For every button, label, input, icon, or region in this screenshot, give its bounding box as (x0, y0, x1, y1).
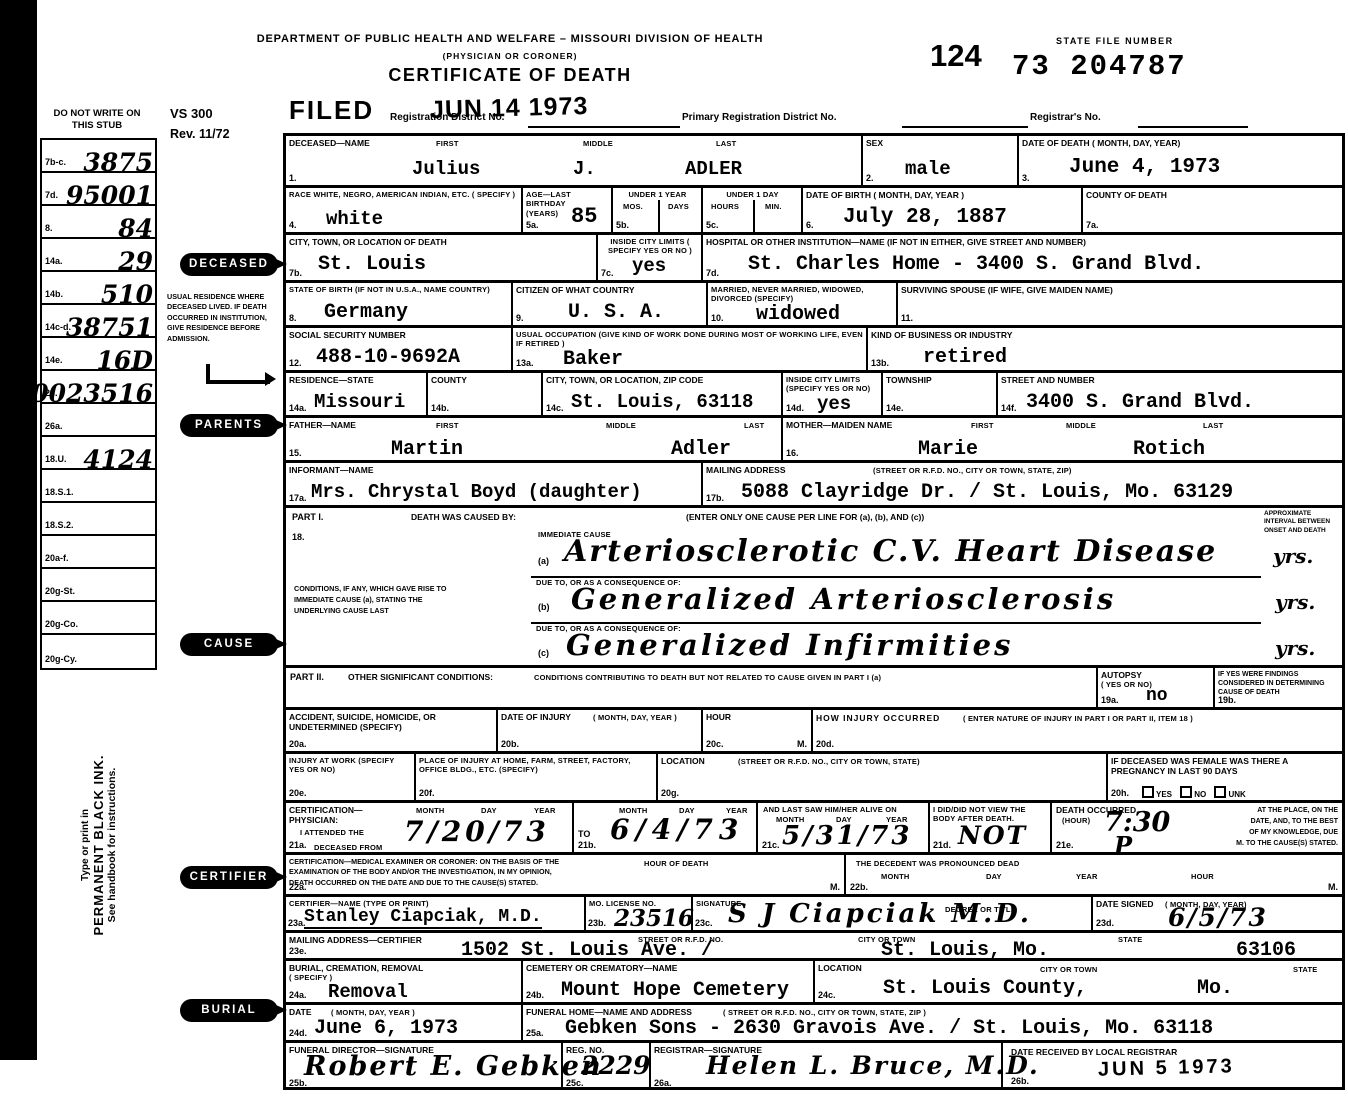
field-injury-location: LOCATION (STREET OR R.F.D. NO., CITY OR … (658, 754, 1108, 800)
item-7c: 7c. (601, 268, 614, 278)
deceased-last-value: ADLER (685, 158, 742, 180)
stub-value: 510 (101, 282, 153, 307)
form-code: VS 300 (170, 106, 213, 121)
cause-line-a-label: (a) (538, 556, 549, 566)
item-24b: 24b. (526, 990, 544, 1000)
stub-value: 0023516 (31, 381, 153, 406)
field-citizen: CITIZEN OF WHAT COUNTRY 9. U. S. A. (513, 283, 708, 325)
under-1-day-label: UNDER 1 DAY (706, 190, 799, 199)
stub-label: 14a. (45, 256, 63, 266)
field-death-hour: DEATH OCCURRED (HOUR) 21e. 7:30 P AT THE… (1052, 803, 1342, 852)
age-value: 85 (571, 204, 597, 229)
date-of-injury-sub: ( MONTH, DAY, YEAR ) (593, 713, 677, 722)
item-26b: 26b. (1011, 1076, 1029, 1086)
business-label: KIND OF BUSINESS OR INDUSTRY (871, 330, 1340, 340)
field-residence-state: RESIDENCE—STATE 14a. Missouri (286, 373, 428, 415)
item-11: 11. (901, 313, 913, 323)
death-place-note-3: OF MY KNOWLEDGE, DUE (1249, 829, 1338, 836)
item-21a: 21a. (289, 840, 307, 850)
item-19b: 19b. (1218, 695, 1236, 705)
conditions-note: CONDITIONS, IF ANY, WHICH GAVE RISE TO I… (294, 584, 452, 616)
certifier-city-value: St. Louis, Mo. (881, 939, 1049, 962)
residence-city-limits-label: INSIDE CITY LIMITS (SPECIFY YES OR NO) (786, 375, 879, 394)
pronounced-m: M. (1328, 882, 1338, 892)
residence-state-label: RESIDENCE—STATE (289, 375, 424, 385)
item-20d: 20d. (816, 739, 834, 749)
interval-c-value: yrs. (1275, 636, 1315, 660)
cemetery-state-sub: STATE (1293, 965, 1317, 974)
stub-label: 7b-c. (45, 157, 66, 167)
cause-line-b-label: (b) (538, 602, 550, 612)
license-value: 23516 (614, 905, 694, 932)
citizen-value: U. S. A. (568, 301, 664, 324)
item-15: 15. (289, 448, 302, 458)
row-injury-details: INJURY AT WORK (SPECIFY YES OR NO) 20e. … (286, 754, 1342, 803)
burial-date-sub: ( MONTH, DAY, YEAR ) (331, 1008, 415, 1017)
item-17a: 17a. (289, 493, 307, 503)
death-place-note-4: M. TO THE CAUSE(S) STATED. (1236, 840, 1338, 847)
death-place-note-2: DATE, AND, TO THE BEST (1251, 818, 1338, 825)
injury-at-work-label: INJURY AT WORK (SPECIFY YES OR NO) (289, 756, 412, 775)
sex-value: male (905, 158, 951, 180)
item-22b: 22b. (850, 882, 868, 892)
field-pregnancy: IF DECEASED WAS FEMALE WAS THERE A PREGN… (1108, 754, 1342, 800)
one-cause-note: (ENTER ONLY ONE CAUSE PER LINE FOR (a), … (686, 512, 924, 522)
field-date-of-death: DATE OF DEATH ( MONTH, DAY, YEAR) 3. Jun… (1019, 136, 1342, 185)
checkbox-unk (1214, 786, 1226, 798)
field-under-1-year: UNDER 1 YEAR MOS. DAYS 5b. (613, 188, 703, 232)
row-ssn-occupation: SOCIAL SECURITY NUMBER 12. 488-10-9692A … (286, 328, 1342, 373)
certifier-signature-value: S J Ciapciak M.D. (728, 899, 1032, 929)
item-20h: 20h. (1111, 788, 1129, 798)
item-23e: 23e. (289, 946, 307, 956)
hour-of-death-label: HOUR OF DEATH (644, 859, 709, 868)
burial-type-sub: ( SPECIFY ) (289, 973, 332, 982)
min-label: MIN. (765, 202, 782, 211)
stub-label: 14e. (45, 355, 63, 365)
item-24a: 24a. (289, 990, 307, 1000)
item-5a: 5a. (526, 220, 539, 230)
row-birth-citizen-marital: STATE OF BIRTH (IF NOT IN U.S.A., NAME C… (286, 283, 1342, 328)
residence-city-label: CITY, TOWN, OR LOCATION, ZIP CODE (546, 375, 779, 385)
field-ssn: SOCIAL SECURITY NUMBER 12. 488-10-9692A (286, 328, 513, 370)
autopsy-label: AUTOPSY (1101, 670, 1142, 680)
filed-stamp-word: FILED (289, 95, 374, 126)
field-other-conditions: PART II. OTHER SIGNIFICANT CONDITIONS: C… (286, 668, 1098, 707)
item-13b: 13b. (871, 358, 889, 368)
date-signed-value: 6/5/73 (1168, 903, 1268, 932)
field-place-of-injury: PLACE OF INJURY AT HOME, FARM, STREET, F… (416, 754, 658, 800)
burial-date-label: DATE (289, 1007, 312, 1017)
row-deceased-name: DECEASED—NAME FIRST MIDDLE LAST 1. Juliu… (286, 136, 1342, 188)
cause-a-value: Arteriosclerotic C.V. Heart Disease (564, 534, 1217, 569)
state-of-birth-value: Germany (324, 301, 408, 324)
field-informant-address: MAILING ADDRESS (STREET OR R.F.D. NO., C… (703, 463, 1342, 505)
stub-row: 26a. (42, 404, 155, 437)
item-4: 4. (289, 220, 297, 230)
informant-value: Mrs. Chrystal Boyd (daughter) (311, 481, 642, 503)
item-14d: 14d. (786, 403, 804, 413)
field-inside-city-limits: INSIDE CITY LIMITS ( SPECIFY YES OR NO )… (598, 235, 703, 280)
stub-row: 14c-d.38751 (42, 305, 155, 338)
item-23d: 23d. (1096, 918, 1114, 928)
county-of-death-label: COUNTY OF DEATH (1086, 190, 1340, 200)
stub-heading: DO NOT WRITE ON THIS STUB (42, 108, 152, 133)
residence-city-value: St. Louis, 63118 (571, 391, 753, 413)
attended-to-value: 6/4/73 (610, 813, 744, 846)
field-residence-city: CITY, TOWN, OR LOCATION, ZIP CODE 14c. S… (543, 373, 783, 415)
to-label: TO (578, 829, 590, 839)
under-1-day-divider (753, 200, 755, 232)
stub-value: 38751 (66, 315, 153, 340)
field-examiner-certification: CERTIFICATION—MEDICAL EXAMINER OR CORONE… (286, 855, 846, 894)
field-deceased-name: DECEASED—NAME FIRST MIDDLE LAST 1. Juliu… (286, 136, 863, 185)
item-16: 16. (786, 448, 799, 458)
cemetery-value: Mount Hope Cemetery (561, 979, 789, 1002)
item-9: 9. (516, 313, 524, 323)
field-license-no: MO. LICENSE NO. 23b. 23516 (586, 897, 693, 930)
primary-district-line (902, 102, 1028, 128)
cemetery-state-value: Mo. (1197, 977, 1233, 1000)
ink-instructions: Type or print in PERMANENT BLACK INK. Se… (80, 715, 140, 975)
last-saw-label: AND LAST SAW HIM/HER ALIVE ON (763, 805, 897, 814)
marital-label: MARRIED, NEVER MARRIED, WIDOWED, DIVORCE… (711, 285, 894, 304)
sub-year: YEAR (534, 806, 556, 815)
item-8: 8. (289, 313, 297, 323)
reg-no-value: 2229 (581, 1051, 651, 1080)
field-cemetery: CEMETERY OR CREMATORY—NAME 24b. Mount Ho… (523, 961, 815, 1002)
other-conditions-sub: CONDITIONS CONTRIBUTING TO DEATH BUT NOT… (534, 673, 1084, 682)
item-14b: 14b. (431, 403, 449, 413)
field-burial-type: BURIAL, CREMATION, REMOVAL ( SPECIFY ) 2… (286, 961, 523, 1002)
item-24c: 24c. (818, 990, 836, 1000)
autopsy-value: no (1146, 686, 1168, 706)
state-file-number: 73 204787 (1012, 50, 1187, 83)
cemetery-label: CEMETERY OR CREMATORY—NAME (526, 963, 811, 973)
item-2: 2. (866, 173, 874, 183)
street-number-label: STREET AND NUMBER (1001, 375, 1340, 385)
item-21c: 21c. (762, 840, 780, 850)
date-signed-label: DATE SIGNED (1096, 899, 1153, 909)
ssn-label: SOCIAL SECURITY NUMBER (289, 330, 509, 340)
checkbox-yes (1142, 786, 1154, 798)
stub-label: 18.S.1. (45, 487, 74, 497)
examiner-text-1: CERTIFICATION—MEDICAL EXAMINER OR CORONE… (289, 857, 559, 866)
item-12: 12. (289, 358, 302, 368)
field-occupation: USUAL OCCUPATION (GIVE KIND OF WORK DONE… (513, 328, 868, 370)
informant-address-sub: (STREET OR R.F.D. NO., CITY OR TOWN, STA… (873, 466, 1072, 475)
stub-label: 20g-Co. (45, 619, 78, 629)
sub-middle: MIDDLE (1066, 421, 1096, 430)
cemetery-city-sub: CITY OR TOWN (1040, 965, 1098, 974)
stub-label: 18.S.2. (45, 520, 74, 530)
residence-city-limits-value: yes (817, 393, 851, 415)
item-14a: 14a. (289, 403, 307, 413)
item-5b: 5b. (616, 220, 629, 230)
stub-value: 29 (118, 249, 153, 274)
item-23a: 23a. (288, 918, 306, 928)
residence-county-label: COUNTY (431, 375, 539, 385)
part2-label: PART II. (290, 672, 324, 682)
section-part2: PART II. OTHER SIGNIFICANT CONDITIONS: C… (286, 668, 1342, 710)
race-value: white (326, 208, 383, 230)
date-of-death-value: June 4, 1973 (1069, 156, 1220, 179)
date-of-death-label: DATE OF DEATH ( MONTH, DAY, YEAR) (1022, 138, 1340, 148)
injury-hour-label: HOUR (706, 712, 809, 722)
stub-label: 7d. (45, 190, 58, 200)
stub-row: 18.S.1. (42, 470, 155, 503)
field-certifier-name: CERTIFIER—NAME (TYPE OR PRINT) 23a. Stan… (286, 897, 586, 930)
row-race-age-dob: RACE WHITE, NEGRO, AMERICAN INDIAN, ETC.… (286, 188, 1342, 235)
death-certificate-scan: DO NOT WRITE ON THIS STUB 7b-c.3875 7d.9… (0, 0, 1348, 1096)
examiner-m: M. (830, 882, 840, 892)
state-of-birth-label: STATE OF BIRTH (IF NOT IN U.S.A., NAME C… (289, 285, 509, 294)
citizen-label: CITIZEN OF WHAT COUNTRY (516, 285, 704, 295)
item-21e: 21e. (1056, 840, 1074, 850)
field-mother-name: MOTHER—MAIDEN NAME FIRST MIDDLE LAST 16.… (783, 418, 1342, 460)
field-marital-status: MARRIED, NEVER MARRIED, WIDOWED, DIVORCE… (708, 283, 898, 325)
field-how-injury: HOW INJURY OCCURRED ( ENTER NATURE OF IN… (813, 710, 1342, 751)
sub-first: FIRST (436, 421, 459, 430)
item-10: 10. (711, 313, 724, 323)
under-1-year-label: UNDER 1 YEAR (616, 190, 699, 199)
cause-b-value: Generalized Arteriosclerosis (571, 582, 1116, 616)
item-18: 18. (292, 532, 305, 542)
item-20b: 20b. (501, 739, 519, 749)
no-label: NO (1194, 790, 1206, 799)
sub-year: YEAR (1076, 872, 1098, 881)
deceased-middle-value: J. (573, 158, 596, 180)
field-autopsy-findings: IF YES WERE FINDINGS CONSIDERED IN DETER… (1215, 668, 1342, 707)
residence-state-value: Missouri (314, 391, 405, 413)
left-black-band (0, 0, 37, 1060)
field-autopsy: AUTOPSY ( YES OR NO) 19a. no (1098, 668, 1215, 707)
occupation-value: Baker (563, 348, 623, 371)
funeral-home-label: FUNERAL HOME—NAME AND ADDRESS (526, 1007, 692, 1017)
days-label: DAYS (668, 202, 689, 211)
mos-label: MOS. (623, 202, 643, 211)
deceased-first-value: Julius (412, 158, 480, 180)
sub-last: LAST (744, 421, 764, 430)
form-revision: Rev. 11/72 (170, 127, 230, 141)
under-1-year-divider (658, 200, 660, 232)
date-of-injury-label: DATE OF INJURY (501, 712, 571, 722)
deceased-name-label: DECEASED—NAME (289, 138, 370, 148)
row-informant: INFORMANT—NAME 17a. Mrs. Chrystal Boyd (… (286, 463, 1342, 508)
hospital-value: St. Charles Home - 3400 S. Grand Blvd. (748, 253, 1204, 276)
stub-row: 7b-c.3875 (42, 140, 155, 173)
injury-location-sub: (STREET OR R.F.D. NO., CITY OR TOWN, STA… (738, 757, 920, 766)
mother-last-value: Rotich (1133, 438, 1205, 461)
father-last-value: Adler (671, 438, 731, 461)
item-7b: 7b. (289, 268, 302, 278)
item-26a: 26a. (654, 1078, 672, 1088)
stub-row: 23.0023516 (42, 371, 155, 404)
cemetery-location-label: LOCATION (818, 963, 862, 973)
item-14e: 14e. (886, 403, 904, 413)
cause-c-value: Generalized Infirmities (566, 628, 1013, 662)
part1-label: PART I. (292, 512, 323, 522)
burial-date-value: June 6, 1973 (314, 1017, 458, 1040)
registrar-signature: Helen L. Bruce, M.D. (706, 1051, 1040, 1080)
certification-label-2: PHYSICIAN: (289, 815, 338, 825)
pregnancy-options: YES NO UNK (1136, 786, 1246, 799)
field-attended-to: TO 21b. MONTH DAY YEAR 6/4/73 (574, 803, 758, 852)
sub-first: FIRST (436, 139, 459, 148)
field-date-signed: DATE SIGNED ( MONTH, DAY, YEAR) 23d. 6/5… (1093, 897, 1342, 930)
stub-row: 7d.95001 (42, 173, 155, 206)
field-under-1-day: UNDER 1 DAY HOURS MIN. 5c. (703, 188, 803, 232)
examiner-text-2: EXAMINATION OF THE BODY AND/OR THE INVES… (289, 867, 552, 876)
caused-by-label: DEATH WAS CAUSED BY: (411, 512, 516, 522)
row-accident: ACCIDENT, SUICIDE, HOMICIDE, OR UNDETERM… (286, 710, 1342, 754)
item-1: 1. (289, 173, 297, 183)
death-place-note: AT THE PLACE, ON THE DATE, AND, TO THE B… (1160, 806, 1338, 849)
item-20c: 20c. (706, 739, 724, 749)
field-county-of-death: COUNTY OF DEATH 7a. (1083, 188, 1342, 232)
stub-label: 26a. (45, 421, 63, 431)
hours-label: HOURS (711, 202, 739, 211)
accident-label: ACCIDENT, SUICIDE, HOMICIDE, OR UNDETERM… (289, 712, 494, 732)
death-place-note-1: AT THE PLACE, ON THE (1257, 807, 1338, 814)
department-line: DEPARTMENT OF PUBLIC HEALTH AND WELFARE … (180, 33, 840, 45)
certifier-street-value: 1502 St. Louis Ave. / (461, 939, 713, 962)
certifier-zip-value: 63106 (1236, 939, 1296, 962)
sub-day: DAY (986, 872, 1002, 881)
stub-row: 18.S.2. (42, 503, 155, 536)
pronounced-label: THE DECEDENT WAS PRONOUNCED DEAD (856, 859, 1020, 868)
item-20f: 20f. (419, 788, 435, 798)
stub-row: 20g-Co. (42, 602, 155, 635)
deceased-from-label: DECEASED FROM (314, 843, 382, 852)
field-injury-hour: HOUR 20c. M. (703, 710, 813, 751)
tab-burial: BURIAL (180, 999, 278, 1022)
item-22a: 22a. (289, 882, 307, 892)
field-city-of-death: CITY, TOWN, OR LOCATION OF DEATH 7b. St.… (286, 235, 598, 280)
interval-label: APPROXIMATE INTERVAL BETWEEN ONSET AND D… (1264, 510, 1340, 535)
marital-value: widowed (756, 303, 840, 326)
section-part1-cause: APPROXIMATE INTERVAL BETWEEN ONSET AND D… (286, 508, 1342, 668)
other-conditions-label: OTHER SIGNIFICANT CONDITIONS: (348, 672, 493, 682)
item-20a: 20a. (289, 739, 307, 749)
item-14f: 14f. (1001, 403, 1017, 413)
field-residence-county: COUNTY 14b. (428, 373, 543, 415)
field-street-number: STREET AND NUMBER 14f. 3400 S. Grand Blv… (998, 373, 1342, 415)
date-received-stamp: JUN 5 1973 (1098, 1055, 1235, 1082)
ink-note-line1: Type or print in (80, 715, 91, 975)
findings-label: IF YES WERE FINDINGS CONSIDERED IN DETER… (1218, 670, 1340, 697)
sub-middle: MIDDLE (606, 421, 636, 430)
field-age: AGE—LAST BIRTHDAY (YEARS) 5a. 85 (523, 188, 613, 232)
item-23b: 23b. (588, 918, 606, 928)
item-7a: 7a. (1086, 220, 1099, 230)
registrars-no-label: Registrar's No. (1030, 112, 1101, 123)
field-last-saw-alive: AND LAST SAW HIM/HER ALIVE ON MONTH DAY … (758, 803, 930, 852)
stub-value: 84 (118, 216, 153, 241)
row-parents: FATHER—NAME FIRST MIDDLE LAST 15. Martin… (286, 418, 1342, 463)
funeral-home-value: Gebken Sons - 2630 Gravois Ave. / St. Lo… (565, 1017, 1213, 1040)
tab-deceased: DECEASED (180, 253, 278, 276)
ssn-value: 488-10-9692A (316, 346, 460, 369)
field-registrar-signature: REGISTRAR—SIGNATURE 26a. Helen L. Bruce,… (651, 1043, 1003, 1090)
stub-row: 20a-f. (42, 536, 155, 569)
interval-a-value: yrs. (1273, 544, 1313, 568)
sub-last: LAST (1203, 421, 1223, 430)
field-business: KIND OF BUSINESS OR INDUSTRY 13b. retire… (868, 328, 1342, 370)
stub-label: 18.U. (45, 454, 67, 464)
field-sex: SEX 2. male (863, 136, 1019, 185)
stub-row: 14a.29 (42, 239, 155, 272)
hospital-label: HOSPITAL OR OTHER INSTITUTION—NAME (IF N… (706, 237, 1340, 247)
mother-label: MOTHER—MAIDEN NAME (786, 420, 892, 430)
field-reg-no: REG. NO. 25c. 2229 (563, 1043, 651, 1090)
inside-city-limits-value: yes (632, 255, 666, 277)
father-first-value: Martin (391, 438, 463, 461)
cemetery-location-value: St. Louis County, (883, 977, 1087, 1000)
stub-value: 16D (97, 348, 153, 373)
injury-hour-m: M. (797, 739, 807, 749)
item-20e: 20e. (289, 788, 307, 798)
stub-row: 14e.16D (42, 338, 155, 371)
item-21b: 21b. (578, 840, 596, 850)
last-saw-value: 5/31/73 (782, 821, 912, 851)
field-date-of-injury: DATE OF INJURY ( MONTH, DAY, YEAR ) 20b. (498, 710, 703, 751)
stub-row: 20g-St. (42, 569, 155, 602)
item-25a: 25a. (526, 1028, 544, 1038)
mother-first-value: Marie (918, 438, 978, 461)
date-received-label: DATE RECEIVED BY LOCAL REGISTRAR (1011, 1047, 1177, 1057)
row-certification-examiner: CERTIFICATION—MEDICAL EXAMINER OR CORONE… (286, 855, 1342, 897)
how-injury-label: HOW INJURY OCCURRED (816, 713, 940, 723)
interval-b-value: yrs. (1275, 590, 1315, 614)
row-certifier-name: CERTIFIER—NAME (TYPE OR PRINT) 23a. Stan… (286, 897, 1342, 933)
certificate-form: DECEASED—NAME FIRST MIDDLE LAST 1. Juliu… (283, 133, 1345, 1090)
township-label: TOWNSHIP (886, 375, 994, 385)
attended-from-value: 7/20/73 (404, 815, 550, 848)
attended-label: I ATTENDED THE (300, 828, 364, 837)
field-pronounced-dead: THE DECEDENT WAS PRONOUNCED DEAD MONTH D… (846, 855, 1342, 894)
item-21d: 21d. (933, 840, 951, 850)
stub-value: 4124 (83, 447, 153, 472)
stub-row: 8.84 (42, 206, 155, 239)
item-19a: 19a. (1101, 695, 1119, 705)
stub-row: 18.U.4124 (42, 437, 155, 470)
ink-note-line3: See handbook for instructions. (106, 715, 118, 975)
sub-last: LAST (716, 139, 736, 148)
row-residence: RESIDENCE—STATE 14a. Missouri COUNTY 14b… (286, 373, 1342, 418)
sub-month: MONTH (416, 806, 445, 815)
street-number-value: 3400 S. Grand Blvd. (1026, 391, 1254, 414)
certifier-name-value: Stanley Ciapciak, M.D. (304, 907, 542, 929)
burial-type-label: BURIAL, CREMATION, REMOVAL (289, 963, 423, 973)
pregnancy-label: IF DECEASED WAS FEMALE WAS THERE A PREGN… (1111, 756, 1340, 776)
sub-month: MONTH (881, 872, 910, 881)
physician-coroner-line: (PHYSICIAN OR CORONER) (180, 51, 840, 61)
row-signatures: FUNERAL DIRECTOR—SIGNATURE 25b. Robert E… (286, 1043, 1342, 1090)
item-13a: 13a. (516, 358, 534, 368)
autopsy-sub: ( YES OR NO) (1101, 680, 1152, 689)
stub-row: 14b.510 (42, 272, 155, 305)
field-cemetery-location: LOCATION CITY OR TOWN STATE 24c. St. Lou… (815, 961, 1342, 1002)
item-3: 3. (1022, 173, 1030, 183)
city-of-death-label: CITY, TOWN, OR LOCATION OF DEATH (289, 237, 594, 247)
field-injury-at-work: INJURY AT WORK (SPECIFY YES OR NO) 20e. (286, 754, 416, 800)
stub-value: 3875 (83, 150, 153, 175)
field-date-of-birth: DATE OF BIRTH ( MONTH, DAY, YEAR ) 6. Ju… (803, 188, 1083, 232)
row-burial-date: DATE ( MONTH, DAY, YEAR ) 24d. June 6, 1… (286, 1005, 1342, 1043)
primary-registration-district-label: Primary Registration District No. (682, 112, 836, 123)
injury-location-label: LOCATION (661, 756, 705, 766)
